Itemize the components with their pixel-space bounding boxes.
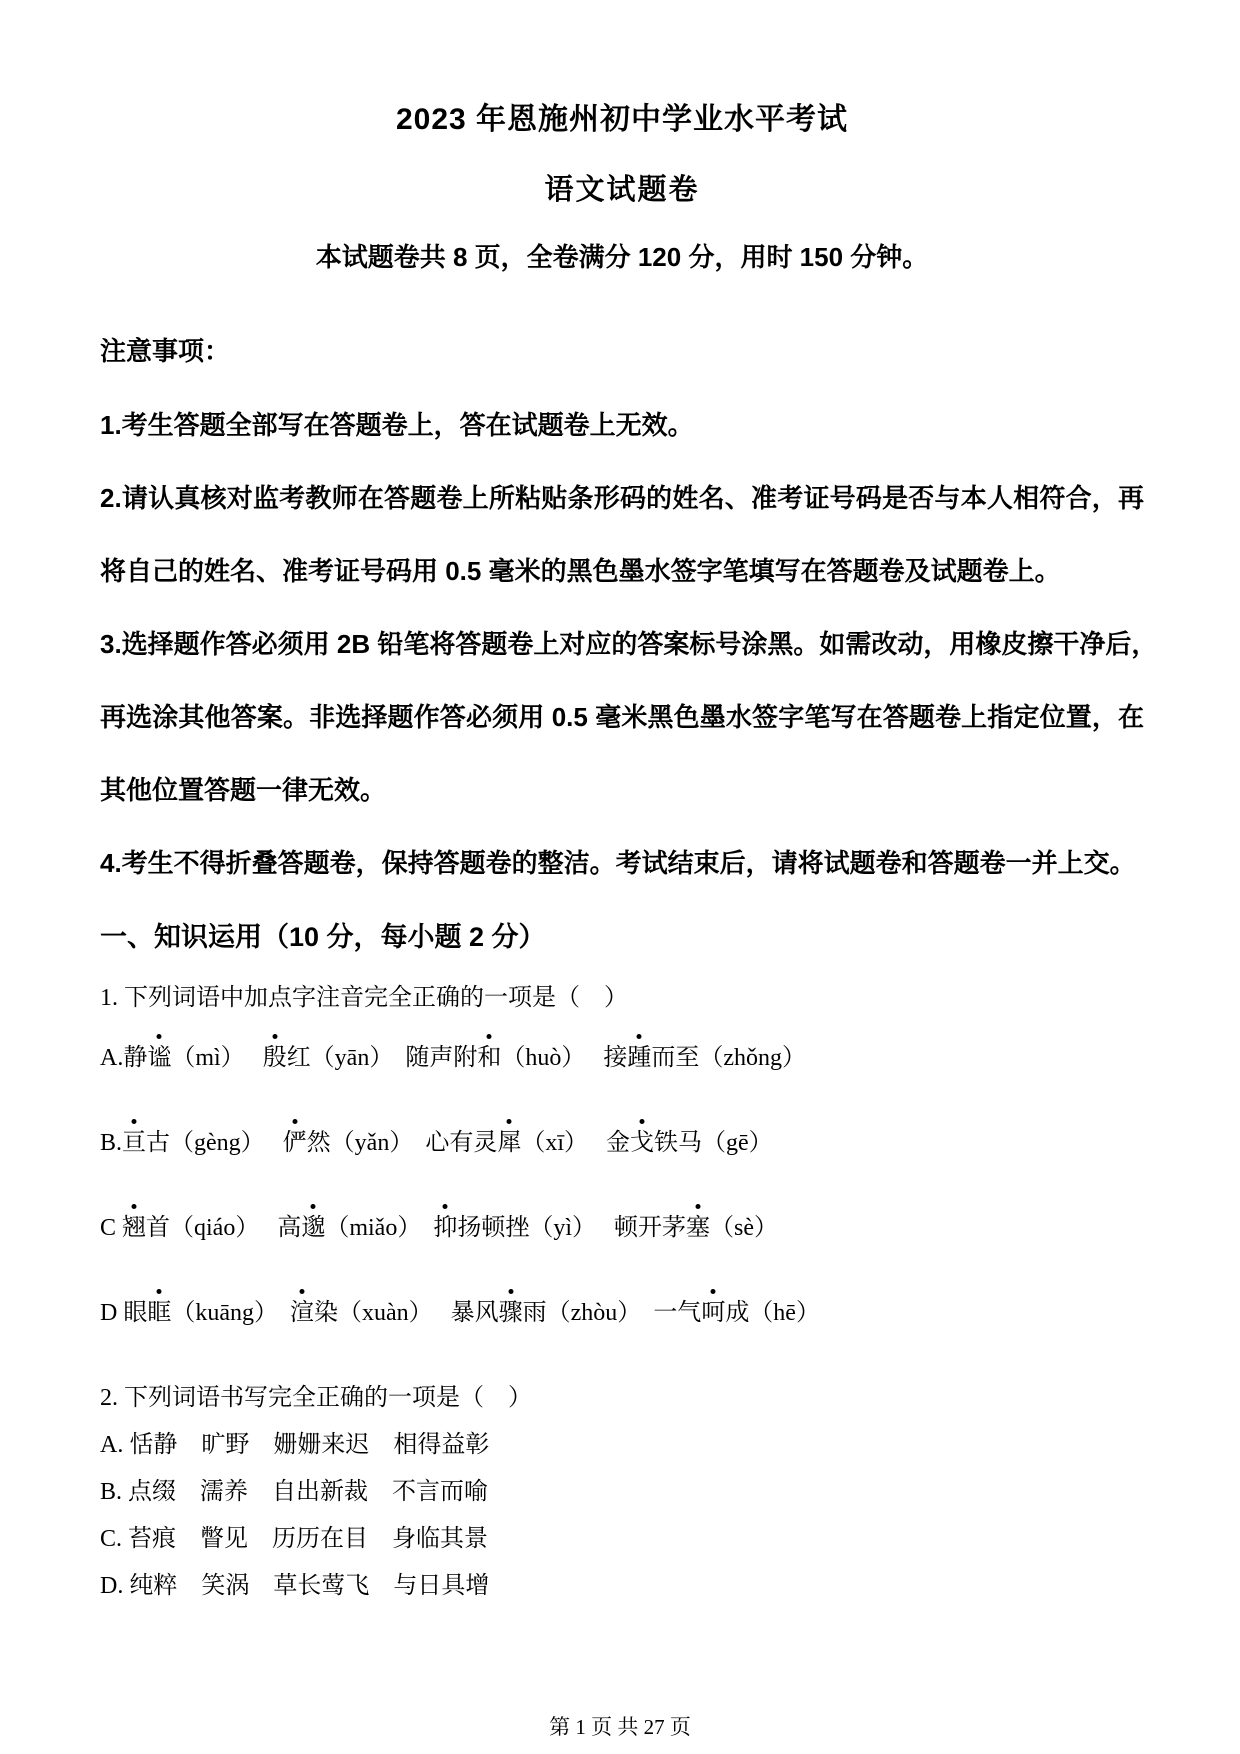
- emphasis-dot-char: 眶: [147, 1298, 171, 1328]
- emphasis-dot-char: 亘: [122, 1128, 146, 1158]
- option-line: D. 纯粹 笑涡 草长莺飞 与日具增: [100, 1571, 1144, 1601]
- notice-line: 其他位置答题一律无效。: [100, 773, 1144, 807]
- notice-heading: 注意事项：: [100, 334, 1144, 368]
- option-line: C. 苔痕 瞥见 历历在目 身临其景: [100, 1524, 1144, 1554]
- emphasis-dot-char: 和: [477, 1043, 501, 1073]
- notice-line: 2.请认真核对监考教师在答题卷上所粘贴条形码的姓名、准考证号码是否与本人相符合，…: [100, 481, 1144, 515]
- section-1-heading: 一、知识运用（10 分，每小题 2 分）: [100, 919, 1144, 955]
- emphasis-dot-char: 殷: [263, 1043, 287, 1073]
- emphasis-dot-char: 塞: [686, 1213, 710, 1243]
- page-footer: 第 1 页 共 27 页: [0, 1714, 1240, 1740]
- page-subtitle: 语文试题卷: [100, 170, 1144, 210]
- option-line: B. 点缀 濡养 自出新裁 不言而喻: [100, 1477, 1144, 1507]
- emphasis-dot-char: 骤: [499, 1298, 523, 1328]
- notice-list: 1.考生答题全部写在答题卷上，答在试题卷上无效。2.请认真核对监考教师在答题卷上…: [100, 408, 1144, 880]
- question-1-options: A.静谧（mì） 殷红（yān） 随声附和（huò） 接踵而至（zhǒng）B.…: [100, 1043, 1144, 1328]
- emphasis-dot-char: 邈: [301, 1213, 325, 1243]
- notice-line: 再选涂其他答案。非选择题作答必须用 0.5 毫米黑色墨水签字笔写在答题卷上指定位…: [100, 700, 1144, 734]
- emphasis-dot-char: 踵: [627, 1043, 651, 1073]
- option-line: C 翘首（qiáo） 高邈（miǎo） 抑扬顿挫（yì） 顿开茅塞（sè）: [100, 1213, 1144, 1243]
- emphasis-dot-char: 呵: [701, 1298, 725, 1328]
- option-line: D 眼眶（kuāng） 渲染（xuàn） 暴风骤雨（zhòu） 一气呵成（hē）: [100, 1298, 1144, 1328]
- option-line: B.亘古（gèng） 俨然（yǎn） 心有灵犀（xī） 金戈铁马（gē）: [100, 1128, 1144, 1158]
- emphasis-dot-char: 戈: [630, 1128, 654, 1158]
- question-2-stem: 2. 下列词语书写完全正确的一项是（ ）: [100, 1383, 1144, 1413]
- option-line: A. 恬静 旷野 姗姗来迟 相得益彰: [100, 1430, 1144, 1460]
- notice-line: 1.考生答题全部写在答题卷上，答在试题卷上无效。: [100, 408, 1144, 442]
- emphasis-dot-char: 渲: [290, 1298, 314, 1328]
- page-title: 2023 年恩施州初中学业水平考试: [100, 100, 1144, 140]
- emphasis-dot-char: 谧: [147, 1043, 171, 1073]
- emphasis-dot-char: 翘: [122, 1213, 146, 1243]
- emphasis-dot-char: 犀: [497, 1128, 521, 1158]
- exam-info-line: 本试题卷共 8 页，全卷满分 120 分，用时 150 分钟。: [100, 240, 1144, 274]
- exam-paper-page: 2023 年恩施州初中学业水平考试 语文试题卷 本试题卷共 8 页，全卷满分 1…: [0, 0, 1240, 1754]
- notice-line: 将自己的姓名、准考证号码用 0.5 毫米的黑色墨水签字笔填写在答题卷及试题卷上。: [100, 554, 1144, 588]
- question-2-options: A. 恬静 旷野 姗姗来迟 相得益彰B. 点缀 濡养 自出新裁 不言而喻C. 苔…: [100, 1430, 1144, 1601]
- question-1-stem: 1. 下列词语中加点字注音完全正确的一项是（ ）: [100, 983, 1144, 1013]
- notice-line: 3.选择题作答必须用 2B 铅笔将答题卷上对应的答案标号涂黑。如需改动，用橡皮擦…: [100, 627, 1144, 661]
- option-line: A.静谧（mì） 殷红（yān） 随声附和（huò） 接踵而至（zhǒng）: [100, 1043, 1144, 1073]
- notice-line: 4.考生不得折叠答题卷，保持答题卷的整洁。考试结束后，请将试题卷和答题卷一并上交…: [100, 846, 1144, 880]
- emphasis-dot-char: 抑: [433, 1213, 457, 1243]
- emphasis-dot-char: 俨: [283, 1128, 307, 1158]
